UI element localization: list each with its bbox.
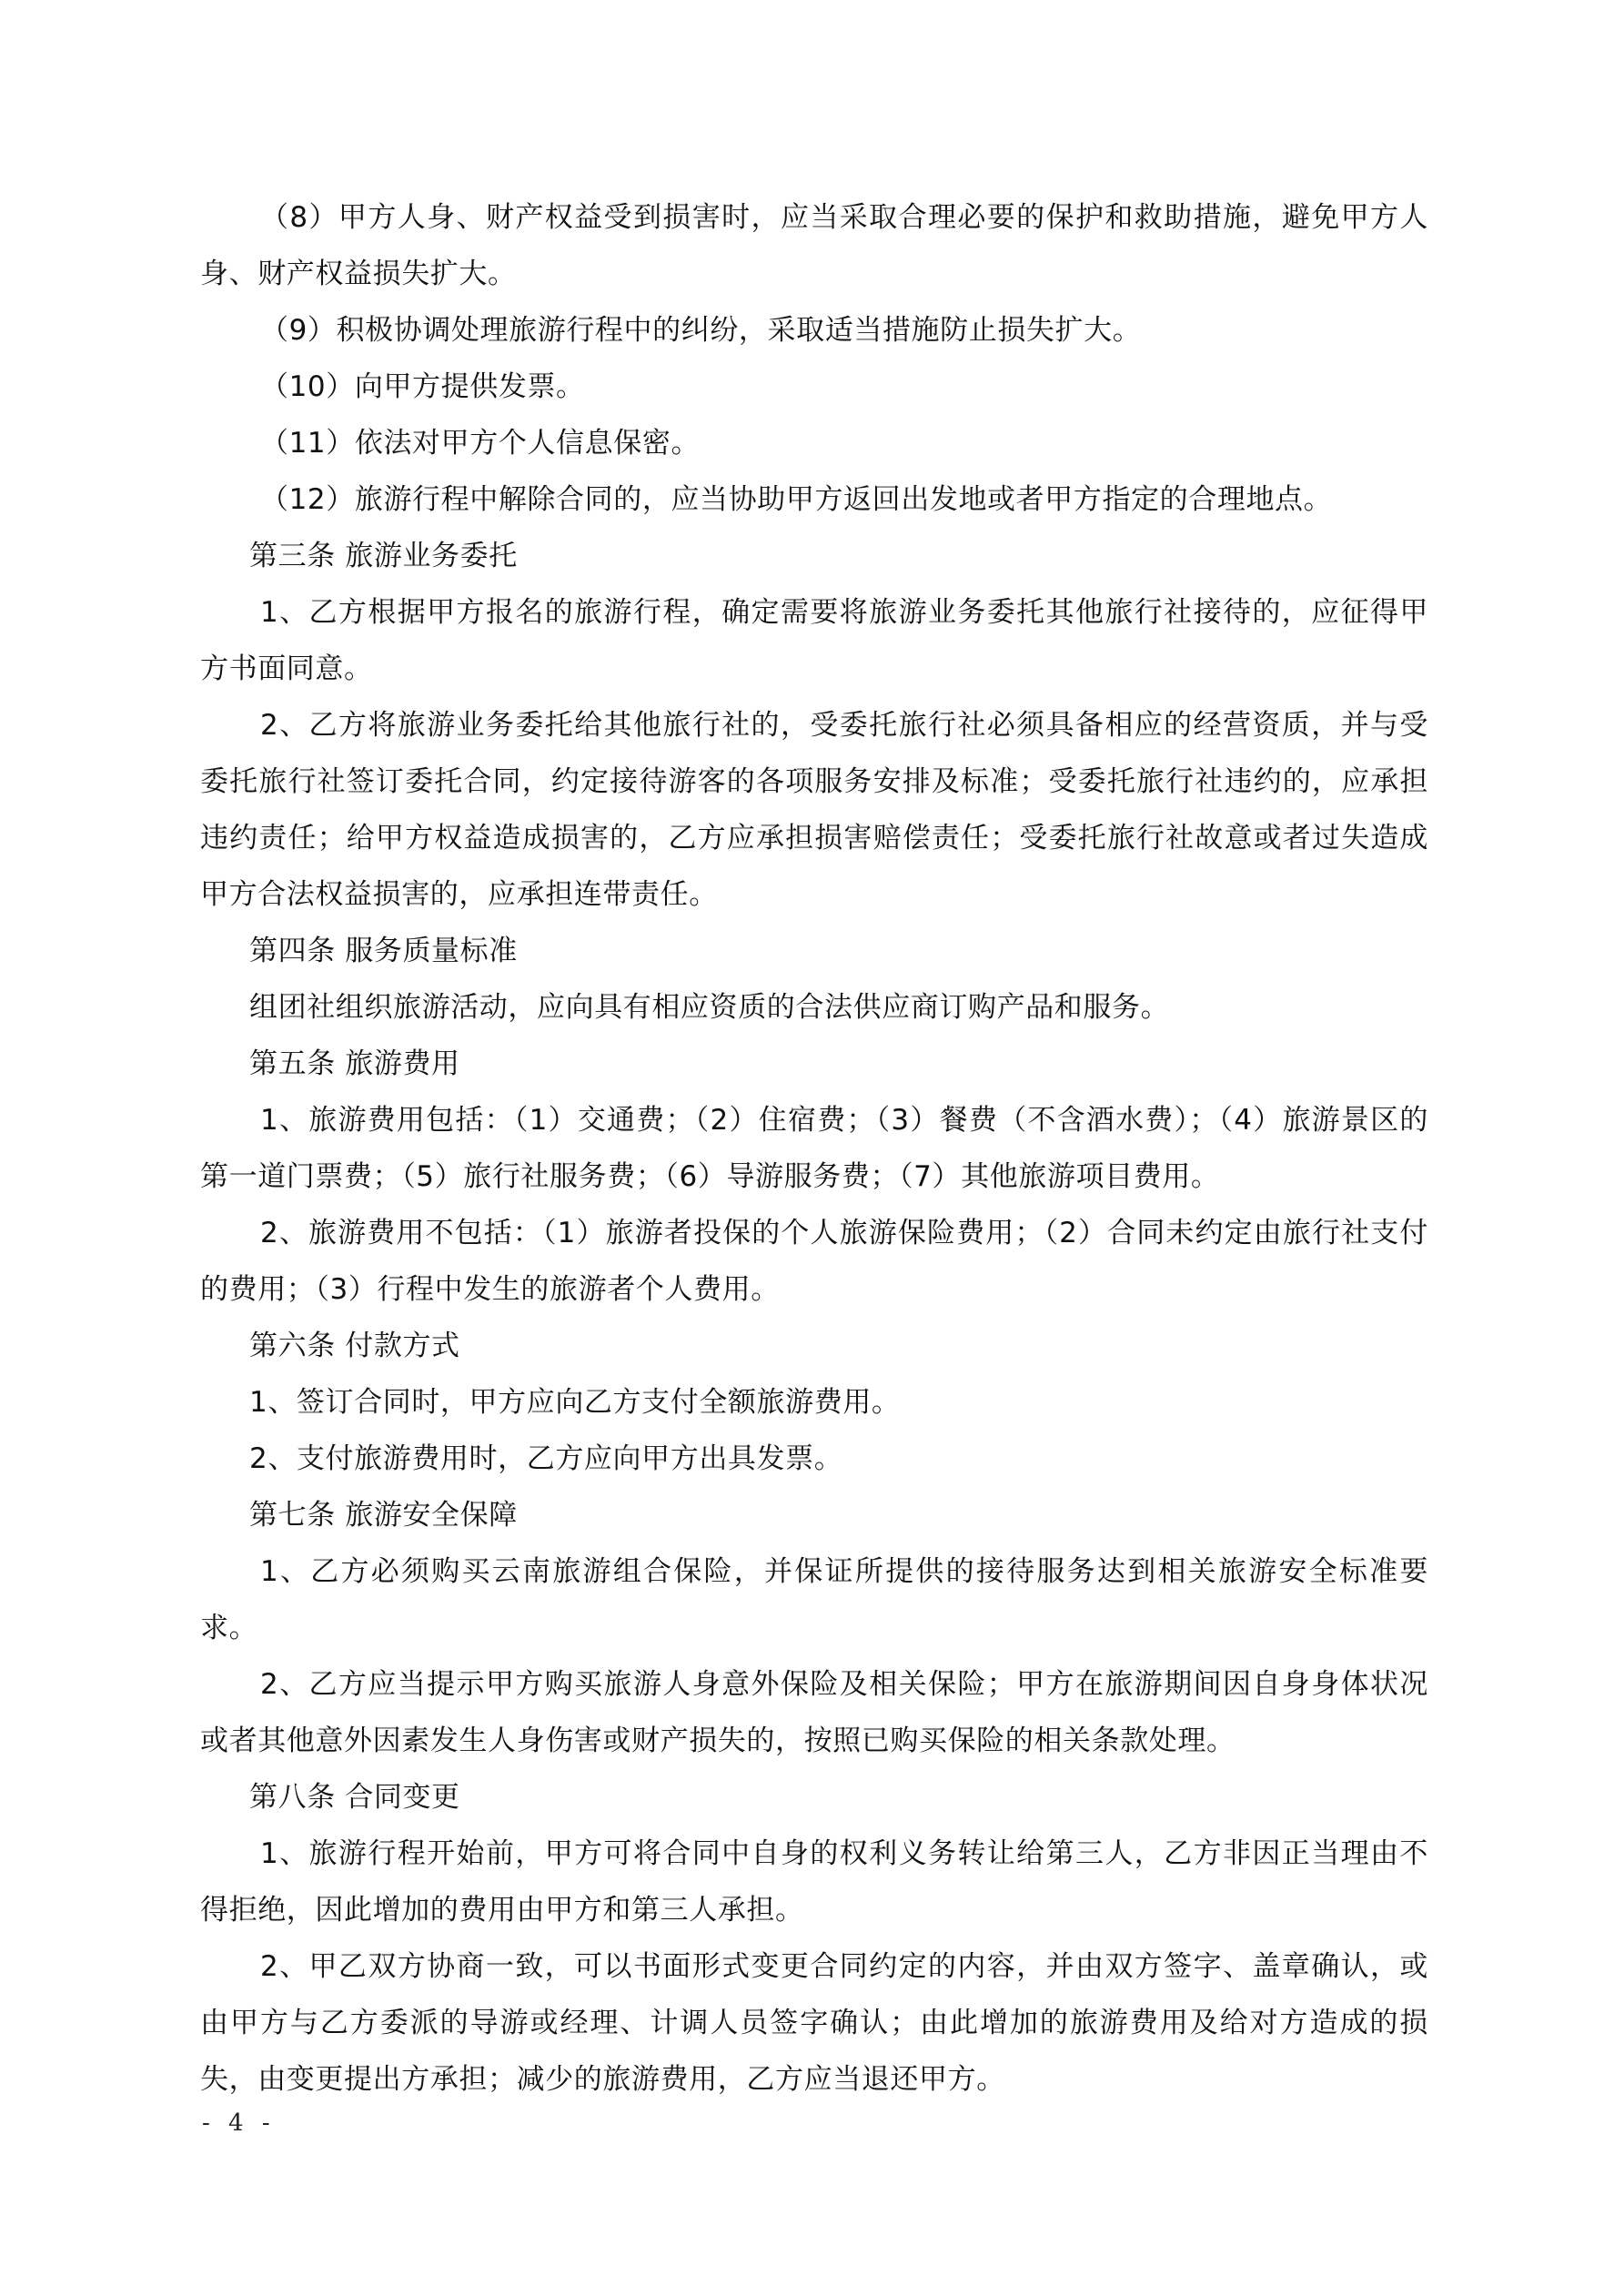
page-number: - 4 - xyxy=(202,2109,276,2137)
section-heading-article-6: 第六条 付款方式 xyxy=(200,1318,1428,1374)
section-heading-article-4: 第四条 服务质量标准 xyxy=(200,923,1428,979)
paragraph-article-5-clause-2: 2、旅游费用不包括：（1）旅游者投保的个人旅游保险费用；（2）合同未约定由旅行社… xyxy=(200,1205,1428,1318)
paragraph-item-9: （9）积极协调处理旅游行程中的纠纷，采取适当措施防止损失扩大。 xyxy=(200,302,1428,359)
paragraph-item-8: （8）甲方人身、财产权益受到损害时，应当采取合理必要的保护和救助措施，避免甲方人… xyxy=(200,189,1428,302)
paragraph-article-4-body: 组团社组织旅游活动，应向具有相应资质的合法供应商订购产品和服务。 xyxy=(200,979,1428,1036)
paragraph-article-7-clause-1: 1、乙方必须购买云南旅游组合保险，并保证所提供的接待服务达到相关旅游安全标准要求… xyxy=(200,1543,1428,1656)
paragraph-article-5-clause-1: 1、旅游费用包括：（1）交通费；（2）住宿费；（3）餐费（不含酒水费）；（4）旅… xyxy=(200,1092,1428,1205)
section-heading-article-3: 第三条 旅游业务委托 xyxy=(200,528,1428,584)
document-page: （8）甲方人身、财产权益受到损害时，应当采取合理必要的保护和救助措施，避免甲方人… xyxy=(200,189,1428,2108)
paragraph-article-3-clause-2: 2、乙方将旅游业务委托给其他旅行社的，受委托旅行社必须具备相应的经营资质，并与受… xyxy=(200,697,1428,923)
section-heading-article-7: 第七条 旅游安全保障 xyxy=(200,1487,1428,1543)
section-heading-article-5: 第五条 旅游费用 xyxy=(200,1036,1428,1092)
paragraph-item-12: （12）旅游行程中解除合同的，应当协助甲方返回出发地或者甲方指定的合理地点。 xyxy=(200,471,1428,528)
paragraph-item-10: （10）向甲方提供发票。 xyxy=(200,359,1428,415)
section-heading-article-8: 第八条 合同变更 xyxy=(200,1769,1428,1826)
paragraph-article-8-clause-2: 2、甲乙双方协商一致，可以书面形式变更合同约定的内容，并由双方签字、盖章确认，或… xyxy=(200,1938,1428,2108)
paragraph-article-6-clause-2: 2、支付旅游费用时，乙方应向甲方出具发票。 xyxy=(200,1431,1428,1487)
paragraph-article-7-clause-2: 2、乙方应当提示甲方购买旅游人身意外保险及相关保险；甲方在旅游期间因自身身体状况… xyxy=(200,1656,1428,1769)
paragraph-article-6-clause-1: 1、签订合同时，甲方应向乙方支付全额旅游费用。 xyxy=(200,1374,1428,1431)
paragraph-article-8-clause-1: 1、旅游行程开始前，甲方可将合同中自身的权利义务转让给第三人，乙方非因正当理由不… xyxy=(200,1826,1428,1938)
paragraph-article-3-clause-1: 1、乙方根据甲方报名的旅游行程，确定需要将旅游业务委托其他旅行社接待的，应征得甲… xyxy=(200,584,1428,697)
paragraph-item-11: （11）依法对甲方个人信息保密。 xyxy=(200,415,1428,471)
